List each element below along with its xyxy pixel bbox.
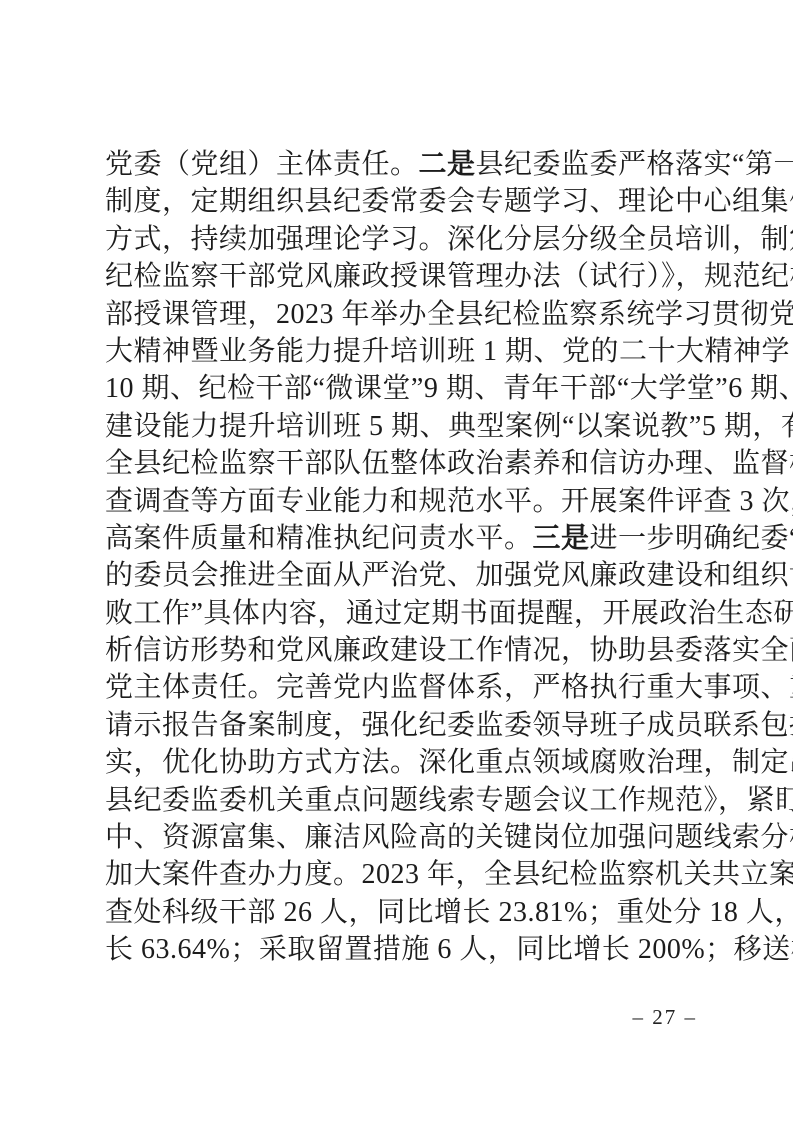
text-line: 全县纪检监察干部队伍整体政治素养和信访办理、监督检查、审 — [105, 445, 691, 482]
text-line: 查处科级干部 26 人，同比增长 23.81%；重处分 18 人，同比增 — [105, 894, 691, 931]
body-text: 县纪委监委严格落实“第一议题” — [476, 149, 793, 180]
text-line: 请示报告备案制度，强化纪委监委领导班子成员联系包抓制度落 — [105, 707, 691, 744]
body-text: 中、资源富集、廉洁风险高的关键岗位加强问题线索分析研判， — [105, 822, 793, 853]
body-text: 方式，持续加强理论学习。深化分层分级全员培训，制定《勉县 — [105, 224, 793, 255]
text-line: 析信访形势和党风廉政建设工作情况，协助县委落实全面从严治 — [105, 632, 691, 669]
text-line: 的委员会推进全面从严治党、加强党风廉政建设和组织协调反腐 — [105, 557, 691, 594]
body-text: 10 期、纪检干部“微课堂”9 期、青年干部“大学堂”6 期、“三化” — [105, 373, 793, 404]
text-line: 党主体责任。完善党内监督体系，严格执行重大事项、重要情况 — [105, 669, 691, 706]
text-line: 10 期、纪检干部“微课堂”9 期、青年干部“大学堂”6 期、“三化” — [105, 370, 691, 407]
page-number: – 27 – — [633, 1005, 698, 1030]
emphasis-text: 三是 — [533, 523, 590, 554]
text-line: 高案件质量和精准执纪问责水平。三是进一步明确纪委“协助党 — [105, 520, 691, 557]
text-line: 大精神暨业务能力提升培训班 1 期、党的二十大精神学习报告会 — [105, 333, 691, 370]
text-line: 建设能力提升培训班 5 期、典型案例“以案说教”5 期，有效提升 — [105, 408, 691, 445]
body-text: 实，优化协助方式方法。深化重点领域腐败治理，制定出台《勉 — [105, 747, 793, 778]
body-text: 全县纪检监察干部队伍整体政治素养和信访办理、监督检查、审 — [105, 448, 793, 479]
text-line: 方式，持续加强理论学习。深化分层分级全员培训，制定《勉县 — [105, 221, 691, 258]
body-text: 查调查等方面专业能力和规范水平。开展案件评查 3 次，持续提 — [105, 486, 793, 517]
text-line: 长 63.64%；采取留置措施 6 人，同比增长 200%；移送检察机关 — [105, 931, 691, 968]
text-line: 纪检监察干部党风廉政授课管理办法（试行）》，规范纪检监察干 — [105, 258, 691, 295]
text-line: 中、资源富集、廉洁风险高的关键岗位加强问题线索分析研判， — [105, 819, 691, 856]
body-text: 纪检监察干部党风廉政授课管理办法（试行）》，规范纪检监察干 — [105, 261, 793, 292]
body-text: 制度，定期组织县纪委常委会专题学习、理论中心组集体学习等 — [105, 186, 793, 217]
body-text: 党委（党组）主体责任。 — [105, 149, 419, 180]
body-text: 高案件质量和精准执纪问责水平。 — [105, 523, 533, 554]
body-text: 败工作”具体内容，通过定期书面提醒，开展政治生态研判，分 — [105, 598, 793, 629]
body-text: 建设能力提升培训班 5 期、典型案例“以案说教”5 期，有效提升 — [105, 411, 793, 442]
text-line: 党委（党组）主体责任。二是县纪委监委严格落实“第一议题” — [105, 146, 691, 183]
body-text: 请示报告备案制度，强化纪委监委领导班子成员联系包抓制度落 — [105, 710, 793, 741]
body-text: 大精神暨业务能力提升培训班 1 期、党的二十大精神学习报告会 — [105, 336, 793, 367]
document-page: 党委（党组）主体责任。二是县纪委监委严格落实“第一议题”制度，定期组织县纪委常委… — [0, 0, 793, 1122]
body-text: 县纪委监委机关重点问题线索专题会议工作规范》，紧盯权力集 — [105, 785, 793, 816]
body-text: 析信访形势和党风廉政建设工作情况，协助县委落实全面从严治 — [105, 635, 793, 666]
body-text: 部授课管理，2023 年举办全县纪检监察系统学习贯彻党的二十 — [105, 299, 793, 330]
body-text: 的委员会推进全面从严治党、加强党风廉政建设和组织协调反腐 — [105, 560, 793, 591]
body-text: 长 63.64%；采取留置措施 6 人，同比增长 200%；移送检察机关 — [105, 934, 793, 965]
body-text: 加大案件查办力度。2023 年，全县纪检监察机关共立案 333 件， — [105, 859, 793, 890]
text-line: 查调查等方面专业能力和规范水平。开展案件评查 3 次，持续提 — [105, 483, 691, 520]
text-line: 实，优化协助方式方法。深化重点领域腐败治理，制定出台《勉 — [105, 744, 691, 781]
body-text: 查处科级干部 26 人，同比增长 23.81%；重处分 18 人，同比增 — [105, 897, 793, 928]
body-text: 进一步明确纪委“协助党 — [590, 523, 793, 554]
text-line: 部授课管理，2023 年举办全县纪检监察系统学习贯彻党的二十 — [105, 296, 691, 333]
text-line: 县纪委监委机关重点问题线索专题会议工作规范》，紧盯权力集 — [105, 782, 691, 819]
emphasis-text: 二是 — [419, 149, 476, 180]
text-line: 败工作”具体内容，通过定期书面提醒，开展政治生态研判，分 — [105, 595, 691, 632]
text-line: 加大案件查办力度。2023 年，全县纪检监察机关共立案 333 件， — [105, 856, 691, 893]
text-line: 制度，定期组织县纪委常委会专题学习、理论中心组集体学习等 — [105, 183, 691, 220]
body-text: 党主体责任。完善党内监督体系，严格执行重大事项、重要情况 — [105, 672, 793, 703]
document-body: 党委（党组）主体责任。二是县纪委监委严格落实“第一议题”制度，定期组织县纪委常委… — [105, 146, 691, 969]
